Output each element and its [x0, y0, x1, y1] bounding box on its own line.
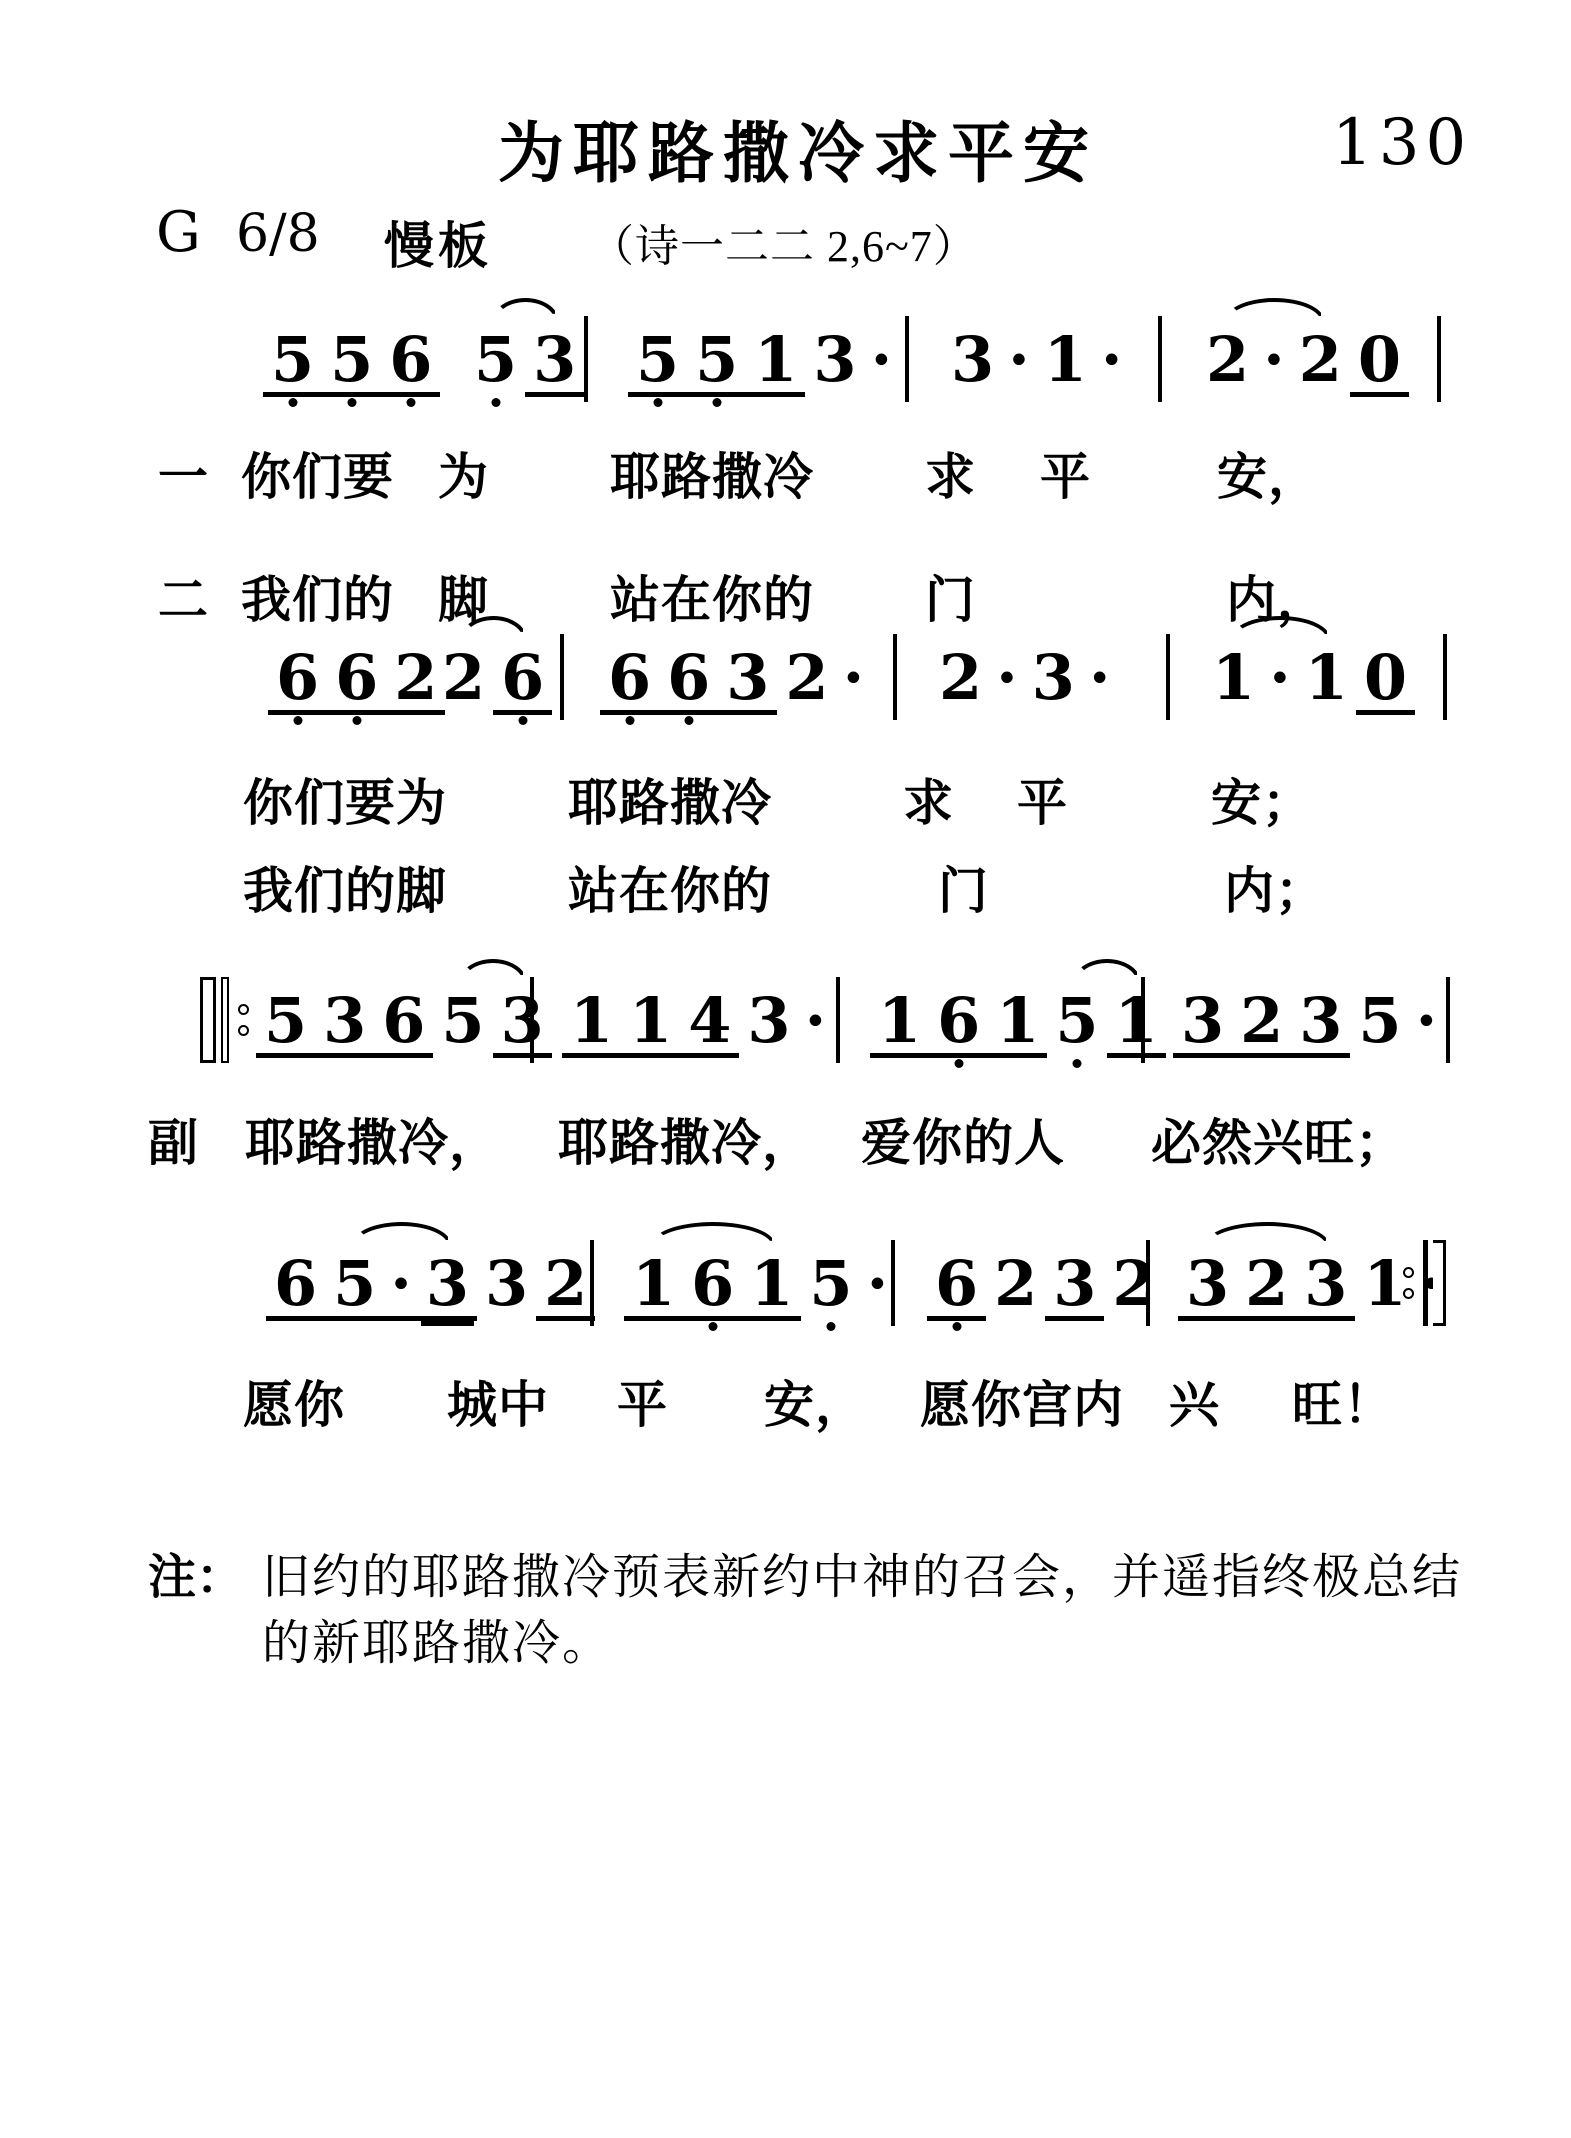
note-digit-3: 3	[1291, 989, 1350, 1058]
note-group: 1143·	[562, 989, 832, 1058]
augmentation-dot: ·	[1002, 328, 1036, 392]
note-group: 556	[263, 328, 440, 397]
barline	[836, 977, 840, 1063]
note-digit-3: 3	[1173, 989, 1232, 1058]
lyric-chunk: 耶路撒冷，	[245, 1115, 500, 1171]
note-digit-5: 5	[1047, 989, 1106, 1053]
note-group: 2·3·	[931, 646, 1116, 710]
note-digit-6: 6	[327, 646, 386, 715]
lyric-chunk: 求	[925, 449, 976, 505]
augmentation-dot: ·	[865, 328, 899, 392]
barline	[1446, 977, 1450, 1063]
lyric-chunk: 一	[158, 449, 209, 505]
lyric-chunk: 站在你的	[568, 863, 772, 919]
note-digit-1: 1	[562, 989, 621, 1058]
note-digit-5: 5	[1350, 989, 1409, 1053]
lyric-chunk: 内，	[1226, 572, 1328, 628]
repeat-dots	[238, 1004, 249, 1036]
note-group: 2·20	[1198, 328, 1409, 397]
note-group: 6632·	[600, 646, 870, 715]
note-group: 1·10	[1204, 646, 1415, 715]
barline	[590, 1240, 594, 1326]
lyric-row-5: 副耶路撒冷，耶路撒冷，爱你的人必然兴旺；	[0, 1115, 1571, 1173]
barline	[1146, 1240, 1150, 1326]
note-digit-3: 3	[1045, 1252, 1104, 1321]
note-digit-6: 6	[659, 646, 718, 715]
lyric-chunk: 脚	[438, 572, 489, 628]
lyric-chunk: 站在你的	[610, 572, 814, 628]
lyric-chunk: 兴	[1169, 1377, 1220, 1433]
note-digit-2: 2	[434, 646, 493, 710]
note-group: 53653	[256, 989, 552, 1058]
repeat-dots	[1403, 1267, 1414, 1299]
repeat-close-sign	[1394, 1240, 1446, 1326]
note-digit-1: 1	[746, 328, 805, 397]
lyric-chunk: 耶路撒冷	[610, 449, 814, 505]
lyric-chunk: 平	[1040, 449, 1091, 505]
note-digit-5: 5	[687, 328, 746, 397]
lyric-chunk: 为	[438, 449, 489, 505]
lyric-chunk: 副	[148, 1115, 199, 1171]
lyric-chunk: 耶路撒冷，	[558, 1115, 813, 1171]
note-group: 3·1·	[943, 328, 1128, 392]
lyric-chunk: 平	[617, 1377, 668, 1433]
barline	[1166, 634, 1170, 720]
note-digit-6: 6	[266, 1252, 325, 1321]
slur-arc	[650, 1222, 776, 1246]
note-digit-1: 1	[870, 989, 929, 1058]
footnote-label: 注：	[148, 1538, 244, 1607]
barline	[905, 316, 909, 402]
note-digit-6: 6	[268, 646, 327, 715]
note-digit-3: 3	[1296, 1252, 1355, 1321]
barline	[1437, 316, 1441, 402]
barline	[1443, 634, 1447, 720]
note-digit-3: 3	[477, 1252, 536, 1316]
note-digit-2: 2	[1198, 328, 1257, 392]
note-digit-3: 3	[1024, 646, 1083, 710]
note-digit-5: 5	[466, 328, 525, 392]
lyric-chunk: 求	[903, 775, 954, 831]
note-digit-6: 6	[683, 1252, 742, 1321]
note-digit-3: 3	[943, 328, 1002, 392]
note-digit-6: 6	[927, 1252, 986, 1321]
repeat-open-sign	[200, 977, 258, 1063]
lyric-chunk: 你们要	[241, 449, 394, 505]
lyric-chunk: 内；	[1224, 863, 1326, 919]
note-digit-2: 2	[1291, 328, 1350, 392]
footnote-text-1: 旧约的耶路撒冷预表新约中神的召会，并遥指终极总结	[262, 1538, 1462, 1607]
note-digit-1: 1	[1297, 646, 1356, 710]
note-digit-3: 3	[739, 989, 798, 1053]
note-digit-1: 1	[1107, 989, 1166, 1058]
repeat-dot	[1403, 1288, 1414, 1299]
note-digit-6: 6	[929, 989, 988, 1058]
slur-arc	[1073, 959, 1141, 983]
lyric-chunk: 安，	[764, 1377, 866, 1433]
footnote-text-2: 的新耶路撒冷。	[262, 1604, 612, 1673]
key-signature: G	[156, 200, 201, 265]
note-digit-5: 5	[433, 989, 492, 1053]
slur-arc	[459, 959, 527, 983]
lyric-row-1: 一你们要为耶路撒冷求平安，	[0, 449, 1571, 507]
note-digit-4: 4	[680, 989, 739, 1058]
scripture-reference: （诗一二二 2,6~7）	[590, 210, 978, 274]
note-digit-3: 3	[525, 328, 584, 397]
note-digit-2: 2	[1237, 1252, 1296, 1321]
augmentation-dot: ·	[1410, 989, 1444, 1053]
lyric-row-3: 你们要为耶路撒冷求平安；	[0, 775, 1571, 833]
song-number: 130	[1332, 106, 1472, 180]
note-digit-0: 0	[1356, 646, 1415, 715]
repeat-dot	[238, 1004, 249, 1015]
slur-arc	[492, 298, 559, 322]
barline	[891, 1240, 895, 1326]
lyric-chunk: 门	[938, 863, 989, 919]
note-digit-5: 5	[801, 1252, 860, 1316]
barline	[893, 634, 897, 720]
note-digit-6: 6	[600, 646, 659, 715]
barline	[560, 634, 564, 720]
note-digit-5: 5	[322, 328, 381, 397]
note-group: 3235·	[1173, 989, 1443, 1058]
tempo-marking: 慢板	[384, 206, 492, 278]
note-digit-3: 3	[805, 328, 864, 392]
lyric-row-4: 我们的脚站在你的门内；	[0, 863, 1571, 921]
note-group: 5513·	[628, 328, 898, 397]
augmentation-dot: ·	[837, 646, 871, 710]
lyric-row-2: 二我们的脚站在你的门内，	[0, 572, 1571, 630]
lyric-chunk: 必然兴旺；	[1151, 1115, 1406, 1171]
note-digit-5: 5	[628, 328, 687, 397]
note-digit-1: 1	[624, 1252, 683, 1321]
barline	[1141, 977, 1145, 1063]
note-digit-2: 2	[931, 646, 990, 710]
note-group: 662	[268, 646, 445, 715]
note-digit-3: 3	[718, 646, 777, 715]
barline	[530, 977, 534, 1063]
repeat-thick-bar	[1433, 1240, 1446, 1326]
slur-arc	[351, 1222, 452, 1246]
note-digit-6: 6	[493, 646, 552, 715]
note-digit-1: 1	[742, 1252, 801, 1321]
augmentation-dot: ·	[1263, 646, 1297, 710]
note-digit-2: 2	[777, 646, 836, 710]
music-line-2: 662266632·2·3·1·10	[0, 646, 1571, 710]
note-digit-5: 5	[325, 1252, 384, 1321]
augmentation-dot: ·	[1083, 646, 1117, 710]
music-line-1: 556535513·3·1·2·20	[0, 328, 1571, 392]
note-digit-3: 3	[418, 1252, 477, 1321]
note-group: 16151	[870, 989, 1166, 1058]
lyric-chunk: 愿你	[243, 1377, 345, 1433]
lyric-chunk: 耶路撒冷	[568, 775, 772, 831]
slur-arc	[1224, 298, 1325, 322]
repeat-thick-bar	[200, 977, 216, 1063]
time-signature: 6/8	[236, 204, 320, 264]
note-digit-3: 3	[315, 989, 374, 1058]
music-line-3: 536531143·161513235·	[0, 989, 1571, 1053]
note-digit-5: 5	[263, 328, 322, 397]
note-group: 6232	[927, 1252, 1164, 1321]
augmentation-dot: ·	[1257, 328, 1291, 392]
lyric-chunk: 城中	[447, 1377, 549, 1433]
note-digit-2: 2	[986, 1252, 1045, 1316]
lyric-chunk: 门	[925, 572, 976, 628]
note-digit-2: 2	[536, 1252, 595, 1321]
note-group: 53	[466, 328, 584, 397]
repeat-thin-bar	[221, 977, 229, 1063]
augmentation-dot: ·	[861, 1252, 895, 1316]
barline	[1158, 316, 1162, 402]
note-digit-3: 3	[1178, 1252, 1237, 1321]
augmentation-dot: ·	[384, 1252, 418, 1321]
lyric-chunk: 我们的	[241, 572, 394, 628]
lyric-chunk: 安，	[1217, 449, 1319, 505]
lyric-chunk: 我们的脚	[243, 863, 447, 919]
note-digit-2: 2	[1104, 1252, 1163, 1316]
lyric-chunk: 二	[158, 572, 209, 628]
augmentation-dot: ·	[990, 646, 1024, 710]
lyric-row-6: 愿你城中平安，愿你宫内兴旺！	[0, 1377, 1571, 1435]
lyric-chunk: 你们要为	[243, 775, 447, 831]
note-group: 1615·	[624, 1252, 894, 1321]
note-digit-3: 3	[493, 989, 552, 1058]
note-digit-1: 1	[988, 989, 1047, 1058]
augmentation-dot: ·	[1095, 328, 1129, 392]
note-digit-6: 6	[381, 328, 440, 397]
lyric-chunk: 愿你宫内	[920, 1377, 1124, 1433]
note-digit-5: 5	[256, 989, 315, 1058]
note-digit-6: 6	[374, 989, 433, 1058]
repeat-dot	[238, 1025, 249, 1036]
slur-arc	[1204, 1222, 1330, 1246]
note-group: 26	[434, 646, 552, 715]
repeat-dot	[1403, 1267, 1414, 1278]
augmentation-dot: ·	[799, 989, 833, 1053]
note-digit-1: 1	[1204, 646, 1263, 710]
lyric-chunk: 安；	[1211, 775, 1313, 831]
note-digit-1: 1	[621, 989, 680, 1058]
music-line-4: 65·3321615·62323231·	[0, 1252, 1571, 1316]
note-group: 65·332	[266, 1252, 595, 1321]
note-digit-1: 1	[1036, 328, 1095, 392]
barline	[584, 316, 588, 402]
note-digit-0: 0	[1350, 328, 1409, 397]
note-digit-2: 2	[1232, 989, 1291, 1058]
repeat-thin-bar	[1423, 1240, 1428, 1326]
lyric-chunk: 爱你的人	[861, 1115, 1065, 1171]
lyric-chunk: 平	[1017, 775, 1068, 831]
song-title: 为耶路撒冷求平安	[498, 100, 1098, 195]
lyric-chunk: 旺！	[1292, 1377, 1394, 1433]
hymn-sheet-page: 为耶路撒冷求平安 130 G 6/8 慢板 （诗一二二 2,6~7） 注： 旧约…	[0, 0, 1571, 2138]
